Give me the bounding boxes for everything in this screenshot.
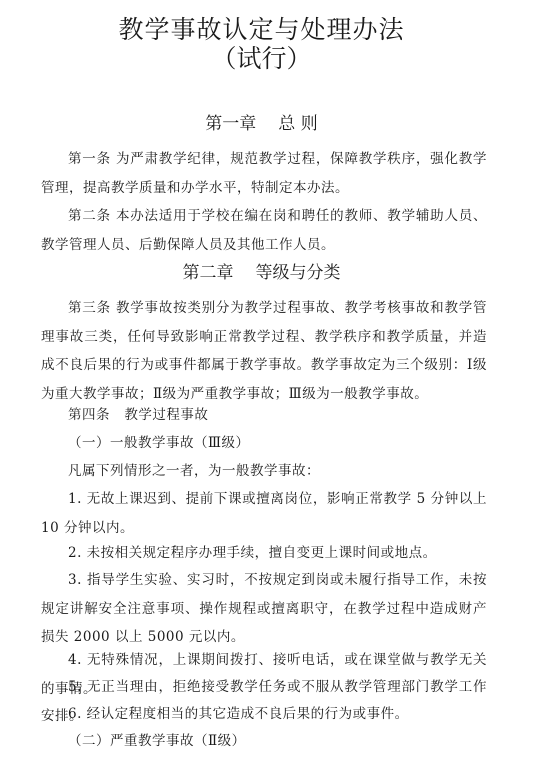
document-title: 教学事故认定与处理办法 bbox=[0, 14, 537, 46]
list-item-3: 3. 指导学生实验、实习时，不按规定到岗或未履行指导工作，未按规定讲解安全注意事… bbox=[41, 566, 487, 652]
chapter-prefix: 第一章 bbox=[205, 114, 256, 134]
article-label: 第一条 bbox=[68, 151, 111, 167]
list-item-1: 1. 无故上课迟到、提前下课或擅离岗位，影响正常教学 5 分钟以上 10 分钟以… bbox=[41, 485, 487, 542]
chapter-heading-1: 第一章总 则 bbox=[0, 113, 537, 135]
document-subtitle: （试行） bbox=[0, 44, 537, 74]
list-item-6: 6. 经认定程度相当的其它造成不良后果的行为或事件。 bbox=[41, 700, 487, 729]
chapter-name: 等级与分类 bbox=[256, 263, 341, 283]
section-heading-1: （一）一般教学事故（Ⅲ级） bbox=[41, 429, 487, 458]
section-intro: 凡属下列情形之一者，为一般教学事故： bbox=[41, 457, 487, 486]
article-label: 第四条 bbox=[68, 407, 110, 423]
article-4: 第四条 教学过程事故 bbox=[41, 401, 487, 430]
article-label: 第三条 bbox=[68, 300, 111, 316]
section-heading-2: （二）严重教学事故（Ⅱ级） bbox=[41, 727, 487, 756]
chapter-prefix: 第二章 bbox=[183, 263, 234, 283]
article-1: 第一条 为严肃教学纪律，规范教学过程，保障教学秩序，强化教学管理，提高教学质量和… bbox=[41, 145, 487, 202]
chapter-heading-2: 第二章等级与分类 bbox=[0, 262, 537, 284]
article-label: 第二条 bbox=[68, 208, 111, 224]
article-2: 第二条 本办法适用于学校在编在岗和聘任的教师、教学辅助人员、教学管理人员、后勤保… bbox=[41, 202, 487, 259]
document-page: 教学事故认定与处理办法 （试行） 第一章总 则 第一条 为严肃教学纪律，规范教学… bbox=[0, 0, 537, 761]
article-3: 第三条 教学事故按类别分为教学过程事故、教学考核事故和教学管理事故三类，任何导致… bbox=[41, 294, 487, 408]
list-item-2: 2. 未按相关规定程序办理手续，擅自变更上课时间或地点。 bbox=[41, 539, 487, 568]
article-text: 教学过程事故 bbox=[124, 407, 208, 423]
chapter-name: 总 则 bbox=[278, 114, 317, 134]
